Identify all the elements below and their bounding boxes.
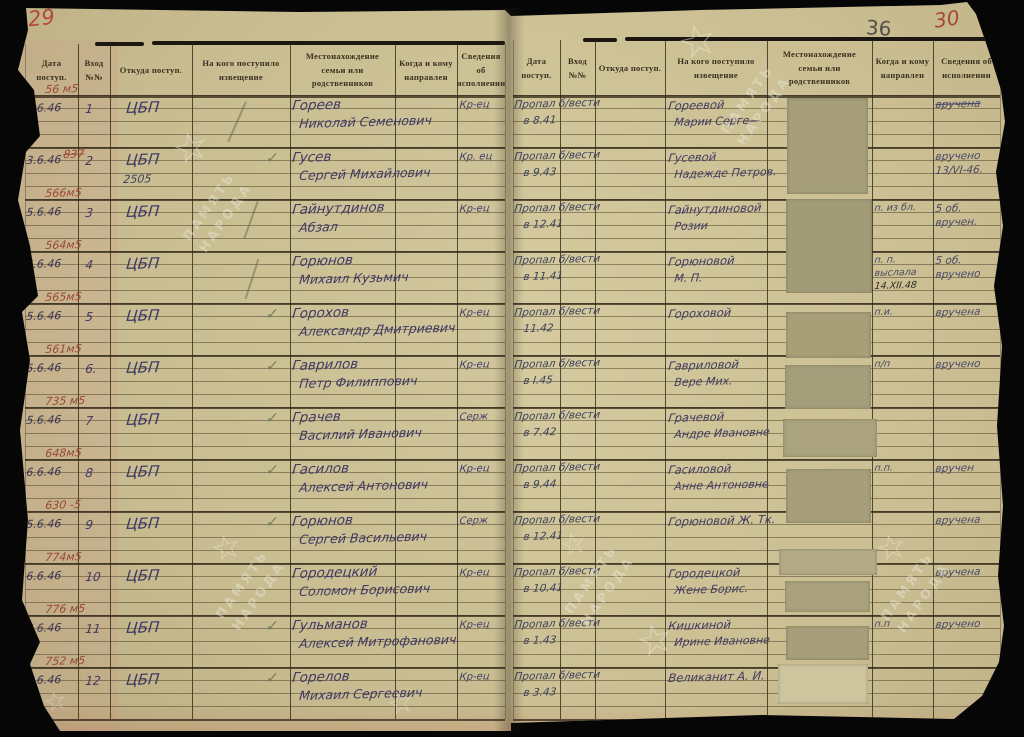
cell-execution-note: вручено [935, 618, 981, 631]
column-header: Местонахождение семьи или родственников [290, 48, 395, 93]
cell-dispatch-note: 14.XII.48 [874, 280, 917, 292]
cell-source: ЦБП [125, 618, 160, 637]
cell-dispatch-note: п. п. [874, 254, 897, 266]
cell-addressee-2: Вере Мих. [674, 374, 733, 389]
column-header: Откуда поступ. [110, 48, 192, 93]
cell-entry-number: 2 [85, 154, 94, 168]
row-separator [25, 355, 505, 357]
column-line [1000, 40, 1001, 719]
row-separator [25, 147, 505, 149]
cell-date: 3.6.46 [26, 153, 62, 167]
folio-number-left: 29 [27, 5, 56, 32]
checkmark: ✓ [265, 409, 279, 427]
cell-status-date: в 9.43 [523, 166, 557, 179]
cell-source-extra: 2505 [123, 172, 152, 186]
checkmark: ✓ [265, 617, 279, 635]
cell-status-date: в I.45 [523, 374, 553, 387]
cell-margin-note: 565м5 [45, 290, 83, 304]
checkmark: ✓ [265, 305, 279, 323]
cell-rank: Кр-ец [459, 203, 490, 215]
cell-status-date: в 3.43 [523, 686, 557, 699]
cell-status-date: в 9.44 [523, 478, 557, 491]
cell-entry-number: 10 [85, 570, 102, 584]
redaction-box [778, 664, 868, 704]
cell-source: ЦБП [125, 254, 160, 273]
cell-surname: Гусев [291, 149, 332, 166]
cell-source: ЦБП [125, 514, 160, 533]
checkmark: ✓ [265, 357, 279, 375]
column-header: Откуда поступ. [595, 44, 665, 93]
column-header: Вход №№ [78, 48, 110, 93]
cell-entry-number: 5 [85, 310, 94, 324]
cell-given-names: Абзал [299, 219, 339, 235]
cell-surname: Гаврилов [291, 356, 358, 374]
cell-status: Пропал б/вести [514, 513, 601, 527]
cell-surname: Городецкий [291, 564, 378, 582]
cell-rank: Серж [459, 411, 489, 423]
row-separator [25, 303, 505, 305]
cell-date: 5.6.46 [26, 257, 62, 271]
cell-margin-note: 564м5 [45, 238, 83, 252]
cell-rank: Кр. ец [459, 151, 493, 163]
cell-entry-number: 3 [85, 206, 94, 220]
cell-execution-note: вручено [935, 268, 981, 281]
cell-margin-note: 566м5 [45, 186, 83, 200]
cell-date: 6.6.46 [26, 673, 62, 687]
cell-addressee-2: Марии Серге— [674, 114, 761, 129]
cell-source: ЦБП [125, 150, 160, 169]
redaction-box [786, 469, 871, 523]
cell-entry-number: 4 [85, 258, 94, 272]
cell-addressee: Городецкой [668, 565, 741, 581]
cell-addressee: Гороховой [668, 305, 732, 321]
cell-execution-note: вручена [935, 306, 981, 319]
cell-addressee-2: Ирине Ивановне [674, 633, 771, 649]
cell-addressee-2: Андре Ивановне [674, 425, 771, 441]
cell-entry-number: 7 [85, 414, 94, 428]
cell-addressee: Гайнутдиновой [668, 200, 763, 217]
cell-surname: Горюнов [291, 252, 353, 270]
cell-date: 6.6.46 [26, 465, 62, 479]
cell-execution-note: 13/VI-46. [935, 164, 984, 177]
cell-entry-number: 6. [85, 362, 98, 376]
cell-status: Пропал б/вести [514, 669, 601, 683]
cell-status: Пропал б/вести [514, 617, 601, 631]
redaction-box [787, 98, 868, 194]
cell-date: 6.6.46 [26, 569, 62, 583]
cell-entry-number: 1 [85, 102, 94, 116]
cell-margin-note: 561м5 [45, 342, 83, 356]
table-top-border [583, 38, 617, 42]
row-separator [25, 95, 505, 98]
cell-margin-note: 752 м5 [45, 654, 86, 668]
cell-status: Пропал б/вести [514, 357, 601, 371]
column-header: Сведения об исполнении [933, 44, 1000, 93]
cell-margin-note: 630 -5 [45, 498, 82, 512]
cell-date: 1.6.46 [26, 101, 62, 115]
cell-source: ЦБП [125, 306, 160, 325]
cell-addressee: Гореевой [668, 97, 725, 113]
cell-status-date: в 10.41 [523, 582, 564, 595]
column-line [505, 44, 506, 719]
redaction-box [786, 312, 871, 358]
column-header: Когда и кому направлен [872, 44, 933, 93]
redaction-box [786, 626, 869, 660]
cell-status: Пропал б/вести [514, 461, 601, 475]
cell-status-date: в 11.41 [523, 270, 564, 283]
column-header: Вход №№ [560, 44, 595, 93]
cell-addressee: Кишкиной [668, 617, 732, 633]
cell-rank: Кр-ец [459, 671, 490, 683]
cell-rank: Кр-ец [459, 567, 490, 579]
redaction-box [786, 199, 872, 293]
checkmark: ✓ [265, 513, 279, 531]
cell-date: 5.6.46 [26, 205, 62, 219]
row-separator [25, 719, 505, 721]
cell-entry-number: 8 [85, 466, 94, 480]
checkmark: ✓ [265, 149, 279, 167]
cell-source: ЦБП [125, 202, 160, 221]
cell-execution-note: вручено [935, 358, 981, 371]
row-separator [25, 563, 505, 565]
cell-surname: Горелов [291, 668, 350, 686]
row-separator [25, 511, 505, 513]
cell-status-date: 11.42 [523, 322, 554, 335]
checkmark: ✓ [265, 669, 279, 687]
table-top-border [152, 41, 505, 45]
table-top-border [95, 42, 144, 46]
table-top-border [625, 37, 1000, 41]
redaction-box [785, 581, 870, 612]
cell-status: Пропал б/вести [514, 305, 601, 319]
cell-status: Пропал б/вести [514, 201, 601, 215]
cell-rank: Серж [459, 515, 489, 527]
column-header: На кого поступило извещение [665, 44, 767, 93]
cell-entry-number: 11 [85, 622, 102, 636]
cell-margin-note: 735 м5 [45, 394, 86, 408]
folio-number-right-red: 30 [932, 5, 961, 32]
cell-addressee-2: Анне Антоновне [674, 477, 770, 493]
cell-surname: Гайнутдинов [291, 199, 385, 218]
cell-rank: Кр-ец [459, 99, 490, 111]
scanned-register-spread: 29 Дата поступ.Вход №№Откуда поступ.На к… [0, 0, 1024, 737]
row-separator [25, 407, 505, 409]
cell-addressee: Великанит А. И. [668, 668, 766, 685]
column-header: Местонахождение семьи или родственников [767, 44, 872, 93]
cell-addressee: Гусевой [668, 150, 717, 165]
redaction-box [783, 419, 877, 457]
cell-execution-note: 5 об. [935, 254, 962, 267]
cell-surname: Грачев [291, 409, 341, 426]
cell-surname: Гульманов [291, 616, 368, 634]
cell-margin-note: 774м5 [45, 550, 83, 564]
cell-source: ЦБП [125, 358, 160, 377]
cell-execution-note: вручена [935, 98, 981, 111]
redaction-box [785, 365, 871, 409]
cell-status: Пропал б/вести [514, 149, 601, 163]
column-line [25, 44, 26, 719]
cell-source: ЦБП [125, 566, 160, 585]
cell-addressee-2: Жене Борис. [674, 582, 749, 597]
cell-surname: Гасилов [291, 460, 349, 478]
cell-rank: Кр-ец [459, 619, 490, 631]
cell-margin-note: 56 м5 [45, 82, 79, 96]
row-separator [25, 615, 505, 617]
cell-status-date: в 12.41 [523, 530, 564, 543]
cell-addressee: Гавриловой [668, 357, 740, 373]
cell-source: ЦБП [125, 670, 160, 689]
cell-status: Пропал б/вести [514, 409, 601, 423]
redaction-box [779, 549, 877, 575]
cell-date: 5.6.46 [26, 309, 62, 323]
row-separator [25, 199, 505, 201]
cell-execution-note: вручен [935, 462, 975, 475]
cell-execution-note: вручен. [935, 216, 978, 229]
cell-dispatch-note: п.и. [874, 306, 893, 318]
cell-entry-number: 12 [85, 674, 102, 688]
cell-rank: Кр-ец [459, 359, 490, 371]
cell-source: ЦБП [125, 98, 160, 117]
cell-dispatch-note: п.п [874, 619, 890, 630]
cell-addressee: Горюновой [668, 253, 736, 269]
cell-surname: Горохов [291, 304, 349, 322]
cell-status: Пропал б/вести [514, 253, 601, 267]
cell-execution-note: вручена [935, 566, 981, 579]
cell-entry-number: 9 [85, 518, 94, 532]
cell-source: ЦБП [125, 410, 160, 429]
cell-execution-note: вручено [935, 150, 981, 163]
cell-margin-note: 837 [63, 147, 85, 161]
cell-status-date: в 1.43 [523, 634, 557, 647]
column-header: Сведения об исполнении [457, 48, 505, 93]
cell-date: 6.6.46 [26, 621, 62, 635]
cell-rank: Кр-ец [459, 307, 490, 319]
row-separator [25, 667, 505, 669]
cell-surname: Горюнов [291, 512, 353, 530]
cell-addressee: Грачевой [668, 409, 725, 425]
cell-source: ЦБП [125, 462, 160, 481]
cell-status-date: в 8.41 [523, 114, 557, 127]
cell-date: 5.6.46 [26, 517, 62, 531]
cell-addressee: Гасиловой [668, 461, 732, 477]
cell-surname: Гореев [291, 97, 341, 114]
cell-execution-note: вручена [935, 514, 981, 527]
column-header: На кого поступило извещение [192, 48, 290, 93]
column-header: Дата поступ. [513, 44, 560, 93]
cell-dispatch-note: п. из бл. [874, 202, 916, 214]
cell-date: 5.6.46 [26, 361, 62, 375]
row-separator [25, 459, 505, 461]
row-separator [513, 719, 1000, 721]
cell-addressee-2: Розии [674, 219, 709, 233]
cell-status-date: в 7.42 [523, 426, 557, 439]
cell-dispatch-note: п/п [874, 359, 891, 370]
cell-date: 5.6.46 [26, 413, 62, 427]
row-separator [25, 251, 505, 253]
cell-dispatch-note: п.п. [874, 462, 894, 474]
cell-dispatch-note: выслала [874, 267, 917, 279]
cell-status: Пропал б/вести [514, 565, 601, 579]
cell-status-date: в 12.41 [523, 218, 564, 231]
checkmark: ✓ [265, 461, 279, 479]
cell-given-names: Михаил Кузьмич [299, 269, 410, 287]
cell-rank: Кр-ец [459, 463, 490, 475]
column-header: Когда и кому направлен [395, 48, 457, 93]
cell-execution-note: 5 об. [935, 202, 962, 215]
cell-margin-note: 776 м5 [45, 602, 86, 616]
cell-addressee-2: М. П. [674, 271, 703, 285]
cell-margin-note: 648м5 [45, 446, 83, 460]
cell-status: Пропал б/вести [514, 97, 601, 111]
